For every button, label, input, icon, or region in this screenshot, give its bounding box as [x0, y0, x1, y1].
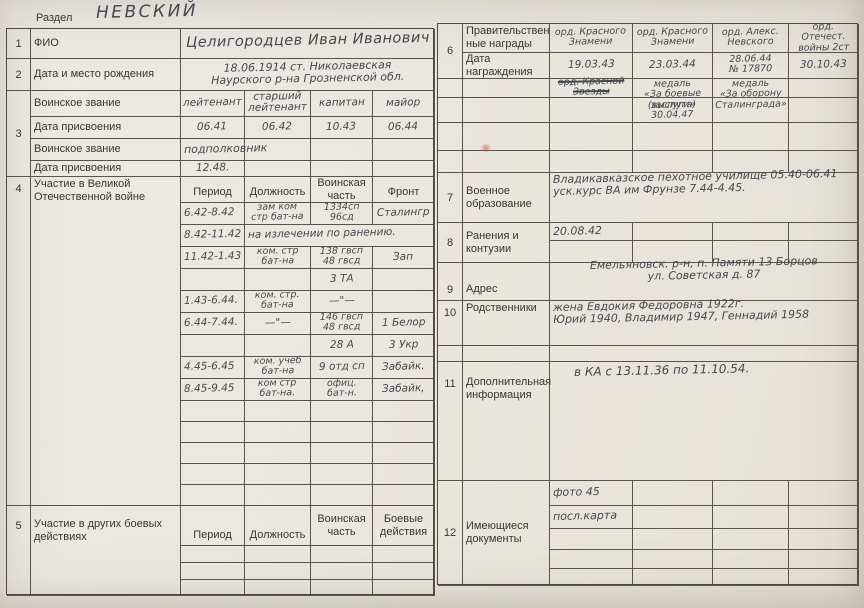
empty-cell: [438, 123, 463, 151]
relatives-value-cell: жена Евдокия Федоровна 1922г. Юрий 1940,…: [550, 301, 859, 346]
additional-label-cell: Дополнительная информация: [463, 362, 550, 481]
empty-cell: [311, 139, 373, 161]
fio-value-cell: Целигородцев Иван Иванович: [181, 29, 435, 59]
wounds-handwritten: 20.08.42: [553, 225, 602, 238]
ww2-period-cell: 6.42-8.42: [181, 203, 245, 225]
position-handwritten: ком. учеб бат-на: [253, 356, 301, 377]
position-handwritten: ком. стр. бат-на: [255, 290, 300, 311]
ww2-position-cell: ком. учеб бат-на: [245, 357, 311, 379]
rank-handwritten: старший лейтенант: [248, 91, 307, 115]
ww2-unit-cell: —"—: [311, 291, 373, 313]
rank2-date-label: Дата присвоения: [34, 162, 121, 175]
empty-cell: [463, 151, 550, 173]
ww2-note-cell: на излечении по ранению.: [245, 225, 435, 247]
empty-cell: [713, 223, 789, 241]
empty-cell: [181, 335, 245, 357]
empty-cell: [311, 563, 373, 580]
empty-cell: [245, 443, 311, 464]
empty-cell: [550, 550, 633, 569]
empty-cell: [311, 485, 373, 506]
column-header: Должность: [250, 186, 306, 199]
row-number: 2: [7, 59, 31, 91]
awards-label-cell: Правительствен ные награды: [463, 24, 550, 53]
row-number: 7: [438, 173, 463, 223]
birth-value-cell: 18.06.1914 ст. Николаевская Наурского р-…: [181, 59, 435, 91]
ink-stain: [481, 144, 491, 152]
ww2-unit-cell: 28 А: [311, 335, 373, 357]
column-header: Воинская часть: [317, 513, 365, 539]
empty-cell: [438, 151, 463, 173]
empty-cell: [373, 269, 435, 291]
additional-handwritten: в КА с 13.11.36 по 11.10.54.: [574, 362, 750, 379]
column-header: Воинская часть: [317, 177, 365, 203]
documents-label-cell: Имеющиеся документы: [463, 481, 550, 586]
rank-date-cell: 06.42: [245, 117, 311, 139]
document-value-cell: фото 45: [550, 481, 633, 506]
ww2-front-cell: 1 Белор: [373, 313, 435, 335]
rank-date-handwritten: 10.43: [326, 121, 356, 133]
rank2-label: Воинское звание: [34, 143, 121, 156]
award-name-cell: орд. Алекс. Невского: [713, 24, 789, 53]
award-struck-cell: орд. Красной Звезды: [550, 79, 633, 98]
empty-cell: [550, 346, 859, 362]
award-medal-handwritten: медаль «За оборону Сталинграда»: [714, 79, 786, 111]
empty-cell: [245, 161, 311, 177]
ww2-unit-cell: 146 гвсп 48 гвсд: [311, 313, 373, 335]
rank1-label-cell: Воинское звание: [31, 91, 181, 117]
row-number: 6: [438, 24, 463, 79]
empty-cell: [789, 98, 859, 123]
position-handwritten: зам ком стр бат-на: [251, 202, 304, 224]
empty-cell: [550, 123, 633, 151]
empty-cell: [181, 563, 245, 580]
empty-cell: [463, 123, 550, 151]
empty-cell: [463, 98, 550, 123]
award-name-cell: орд. Красного Знамени: [550, 24, 633, 53]
ww2-period-cell: 8.42-11.42: [181, 225, 245, 247]
address-label-cell: Адрес: [463, 263, 550, 301]
empty-cell: [373, 139, 435, 161]
empty-cell: [245, 464, 311, 485]
award-date-handwritten: 28.06.44 № 17870: [729, 54, 773, 75]
other-header-period: Период: [181, 506, 245, 546]
empty-cell: [373, 563, 435, 580]
rank-date-cell: 06.44: [373, 117, 435, 139]
ww2-unit-cell: 3 ТА: [311, 269, 373, 291]
empty-cell: [633, 569, 713, 586]
front-handwritten: Забайк,: [382, 383, 425, 395]
empty-cell: [713, 123, 789, 151]
unit-handwritten: 138 гвсп 48 гвсд: [320, 246, 364, 267]
award-note-handwritten: (выслуга) 30.04.47: [648, 99, 697, 121]
empty-cell: [373, 464, 435, 485]
ww2-unit-cell: 1334сп 96сд: [311, 203, 373, 225]
unit-handwritten: 146 гвсп 48 гвсд: [320, 312, 364, 333]
empty-cell: [789, 569, 859, 586]
award-date-cell: 30.10.43: [789, 53, 859, 79]
empty-cell: [373, 401, 435, 422]
other-actions-label-cell: Участие в других боевых действиях: [31, 506, 181, 596]
ww2-front-cell: Сталингр: [373, 203, 435, 225]
empty-cell: [245, 335, 311, 357]
rank-value-cell: капитан: [311, 91, 373, 117]
unit-handwritten: —"—: [328, 295, 354, 307]
award-date-handwritten: 30.10.43: [800, 59, 847, 71]
empty-cell: [789, 123, 859, 151]
wounds-value-cell: 20.08.42: [550, 223, 633, 241]
empty-cell: [550, 529, 633, 550]
row-number: 9: [438, 263, 463, 301]
empty-cell: [713, 569, 789, 586]
empty-cell: [245, 546, 311, 563]
razdel-label: Раздел: [36, 12, 72, 24]
rank-date-handwritten: 06.44: [388, 121, 418, 133]
rank-date-cell: 06.41: [181, 117, 245, 139]
empty-cell: [713, 550, 789, 569]
rank2-date-cell: 12.48.: [181, 161, 245, 177]
ww2-header-front: Фронт: [373, 177, 435, 203]
other-header-unit: Воинская часть: [311, 506, 373, 546]
empty-cell: [633, 123, 713, 151]
empty-cell: [550, 569, 633, 586]
relatives-handwritten: жена Евдокия Федоровна 1922г. Юрий 1940,…: [553, 297, 809, 326]
empty-cell: [789, 481, 859, 506]
ww2-front-cell: 3 Укр: [373, 335, 435, 357]
empty-cell: [373, 546, 435, 563]
empty-cell: [373, 161, 435, 177]
award-date-cell: 28.06.44 № 17870: [713, 53, 789, 79]
column-header: Должность: [250, 529, 306, 542]
empty-cell: [789, 223, 859, 241]
award-handwritten: орд. Алекс. Невского: [722, 27, 779, 49]
education-label: Военное образование: [466, 185, 532, 211]
address-handwritten: Емельяновск. р-н, п. Памяти 13 Борцов ул…: [590, 255, 818, 284]
award-name-cell: орд. Красного Знамени: [633, 24, 713, 53]
relatives-label: Родственники: [466, 302, 537, 315]
empty-cell: [181, 443, 245, 464]
front-handwritten: 3 Укр: [389, 339, 419, 351]
empty-cell: [181, 485, 245, 506]
rank-value-cell: лейтенант: [181, 91, 245, 117]
position-handwritten: ком стр бат-на.: [258, 378, 297, 399]
ww2-period-cell: 11.42-1.43: [181, 247, 245, 269]
empty-cell: [373, 485, 435, 506]
empty-cell: [438, 98, 463, 123]
rank1-date-label: Дата присвоения: [34, 121, 121, 134]
row-number: 4: [7, 177, 31, 506]
empty-cell: [373, 422, 435, 443]
empty-cell: [311, 464, 373, 485]
rank-handwritten: майор: [386, 97, 421, 109]
education-label-cell: Военное образование: [463, 173, 550, 223]
empty-cell: [181, 546, 245, 563]
row-number: 11: [438, 362, 463, 481]
ww2-position-cell: ком. стр бат-на: [245, 247, 311, 269]
awards-label: Правительствен ные награды: [466, 25, 549, 51]
empty-cell: [633, 506, 713, 529]
wounds-label: Ранения и контузии: [466, 230, 519, 256]
row-number: 5: [7, 506, 31, 596]
award-date-handwritten: 23.03.44: [649, 59, 696, 71]
row-number: 1: [7, 29, 31, 59]
period-handwritten: 6.44-7.44.: [184, 317, 238, 329]
empty-cell: [713, 529, 789, 550]
award-medal-cell: медаль «За боевые заслуги»: [633, 79, 713, 98]
address-value-cell: Емельяновск. р-н, п. Памяти 13 Борцов ул…: [550, 263, 859, 301]
ww2-unit-cell: 138 гвсп 48 гвсд: [311, 247, 373, 269]
position-handwritten: —"—: [264, 317, 290, 329]
rank2-date-handwritten: 12.48.: [196, 162, 230, 174]
ww2-front-cell: Зап: [373, 247, 435, 269]
ww2-header-period: Период: [181, 177, 245, 203]
rank2-label-cell: Воинское звание: [31, 139, 181, 161]
empty-cell: [789, 506, 859, 529]
empty-cell: [311, 580, 373, 596]
empty-cell: [373, 443, 435, 464]
column-header: Период: [193, 529, 232, 542]
fio-label: ФИО: [34, 37, 59, 50]
rank-date-cell: 10.43: [311, 117, 373, 139]
unit-handwritten: 28 А: [329, 339, 353, 351]
award-date-label-cell: Дата награждения: [463, 53, 550, 79]
ww2-unit-cell: офиц. бат-н.: [311, 379, 373, 401]
period-handwritten: 8.42-11.42: [184, 229, 241, 242]
empty-cell: [181, 422, 245, 443]
row-number: 10: [438, 301, 463, 346]
empty-cell: [789, 529, 859, 550]
ww2-unit-cell: 9 отд сп: [311, 357, 373, 379]
award-date-handwritten: 19.03.43: [567, 59, 614, 71]
empty-cell: [245, 401, 311, 422]
ww2-front-cell: Забайк,: [373, 379, 435, 401]
period-handwritten: 1.43-6.44.: [184, 295, 238, 307]
empty-cell: [181, 401, 245, 422]
ww2-front-cell: Забайк.: [373, 357, 435, 379]
award-date-cell: 23.03.44: [633, 53, 713, 79]
rank1-label: Воинское звание: [34, 97, 121, 110]
documents-label: Имеющиеся документы: [466, 520, 529, 546]
other-header-position: Должность: [245, 506, 311, 546]
empty-cell: [463, 346, 550, 362]
education-handwritten: Владикавказское пехотное училище 05.40-0…: [553, 168, 838, 198]
empty-cell: [311, 161, 373, 177]
document-handwritten: посл.карта: [553, 510, 617, 523]
ww2-header-unit: Воинская часть: [311, 177, 373, 203]
award-medal-cell: медаль «За оборону Сталинграда»: [713, 79, 789, 98]
unit-handwritten: 3 ТА: [330, 273, 354, 285]
rank2-handwritten: подполковник: [184, 142, 268, 156]
empty-cell: [373, 291, 435, 313]
additional-label: Дополнительная информация: [466, 376, 551, 402]
rank-handwritten: капитан: [318, 97, 364, 109]
empty-cell: [633, 223, 713, 241]
education-value-cell: Владикавказское пехотное училище 05.40-0…: [550, 173, 859, 223]
empty-cell: [633, 481, 713, 506]
empty-cell: [463, 79, 550, 98]
rank2-date-label-cell: Дата присвоения: [31, 161, 181, 177]
period-handwritten: 4.45-6.45: [184, 361, 235, 373]
other-actions-label: Участие в других боевых действиях: [34, 518, 162, 544]
rank-value-cell: старший лейтенант: [245, 91, 311, 117]
empty-cell: [373, 580, 435, 596]
ww2-period-cell: 1.43-6.44.: [181, 291, 245, 313]
fio-value-handwritten: Целигородцев Иван Иванович: [185, 31, 429, 52]
empty-cell: [789, 550, 859, 569]
front-handwritten: 1 Белор: [382, 317, 426, 329]
ww2-header-position: Должность: [245, 177, 311, 203]
wounds-label-cell: Ранения и контузии: [463, 223, 550, 263]
empty-cell: [311, 401, 373, 422]
award-handwritten: орд. Красного Знамени: [555, 26, 627, 48]
empty-cell: [311, 443, 373, 464]
birth-label: Дата и место рождения: [34, 68, 154, 81]
ww2-period-cell: 8.45-9.45: [181, 379, 245, 401]
address-label: Адрес: [466, 283, 498, 296]
row-number: 8: [438, 223, 463, 263]
empty-cell: [550, 151, 633, 173]
scanned-military-record-card: Раздел НЕВСКИЙ 1 ФИО Целигородцев Иван И…: [0, 0, 864, 608]
ww2-position-cell: зам ком стр бат-на: [245, 203, 311, 225]
empty-cell: [245, 485, 311, 506]
relatives-label-cell: Родственники: [463, 301, 550, 346]
ww2-position-cell: ком стр бат-на.: [245, 379, 311, 401]
row-number: 3: [7, 91, 31, 177]
unit-handwritten: офиц. бат-н.: [326, 379, 356, 400]
fio-label-cell: ФИО: [31, 29, 181, 59]
ww2-label: Участие в Великой Отечественной войне: [34, 178, 145, 204]
empty-cell: [181, 464, 245, 485]
document-value-cell: посл.карта: [550, 506, 633, 529]
empty-cell: [633, 529, 713, 550]
empty-cell: [245, 422, 311, 443]
note-handwritten: на излечении по ранению.: [248, 227, 396, 241]
award-date-label: Дата награждения: [466, 53, 533, 79]
empty-cell: [181, 269, 245, 291]
ww2-position-cell: —"—: [245, 313, 311, 335]
empty-cell: [789, 79, 859, 98]
birth-value-handwritten: 18.06.1914 ст. Николаевская Наурского р-…: [211, 59, 405, 87]
rank2-value-cell: подполковник: [181, 139, 245, 161]
column-header: Период: [193, 186, 232, 199]
ww2-period-cell: 4.45-6.45: [181, 357, 245, 379]
empty-cell: [245, 269, 311, 291]
unit-handwritten: 9 отд сп: [318, 361, 364, 373]
rank-date-handwritten: 06.41: [197, 121, 227, 133]
award-handwritten: орд. Отечест. войны 2ст: [792, 21, 856, 53]
rank-date-handwritten: 06.42: [262, 121, 292, 133]
left-table: 1 ФИО Целигородцев Иван Иванович 2 Дата …: [6, 28, 434, 595]
empty-cell: [713, 481, 789, 506]
empty-cell: [311, 546, 373, 563]
empty-cell: [245, 580, 311, 596]
rank-value-cell: майор: [373, 91, 435, 117]
column-header: Боевые действия: [380, 513, 427, 539]
document-handwritten: фото 45: [553, 486, 600, 499]
award-name-cell: орд. Отечест. войны 2ст: [789, 24, 859, 53]
unit-handwritten: 1334сп 96сд: [323, 203, 359, 224]
right-table: 6 Правительствен ные награды орд. Красно…: [437, 23, 858, 585]
birth-label-cell: Дата и место рождения: [31, 59, 181, 91]
award-struck-handwritten: орд. Красной Звезды: [558, 76, 625, 98]
rank-handwritten: лейтенант: [183, 97, 242, 110]
ww2-position-cell: ком. стр. бат-на: [245, 291, 311, 313]
empty-cell: [438, 79, 463, 98]
front-handwritten: Забайк.: [382, 361, 425, 373]
front-handwritten: Зап: [393, 251, 413, 263]
ww2-label-cell: Участие в Великой Отечественной войне: [31, 177, 181, 506]
additional-value-cell: в КА с 13.11.36 по 11.10.54.: [550, 362, 859, 481]
period-handwritten: 11.42-1.43: [184, 251, 241, 264]
empty-cell: [438, 346, 463, 362]
front-handwritten: Сталингр: [377, 207, 430, 219]
rank1-date-label-cell: Дата присвоения: [31, 117, 181, 139]
other-header-actions: Боевые действия: [373, 506, 435, 546]
award-handwritten: орд. Красного Знамени: [637, 26, 709, 48]
row-number: 12: [438, 481, 463, 586]
empty-cell: [550, 98, 633, 123]
empty-cell: [713, 506, 789, 529]
ww2-period-cell: 6.44-7.44.: [181, 313, 245, 335]
period-handwritten: 6.42-8.42: [184, 207, 235, 219]
empty-cell: [311, 422, 373, 443]
empty-cell: [633, 550, 713, 569]
period-handwritten: 8.45-9.45: [184, 383, 235, 395]
position-handwritten: ком. стр бат-на: [257, 246, 299, 267]
razdel-value-handwritten: НЕВСКИЙ: [96, 2, 198, 22]
column-header: Фронт: [388, 186, 420, 199]
empty-cell: [181, 580, 245, 596]
empty-cell: [245, 563, 311, 580]
